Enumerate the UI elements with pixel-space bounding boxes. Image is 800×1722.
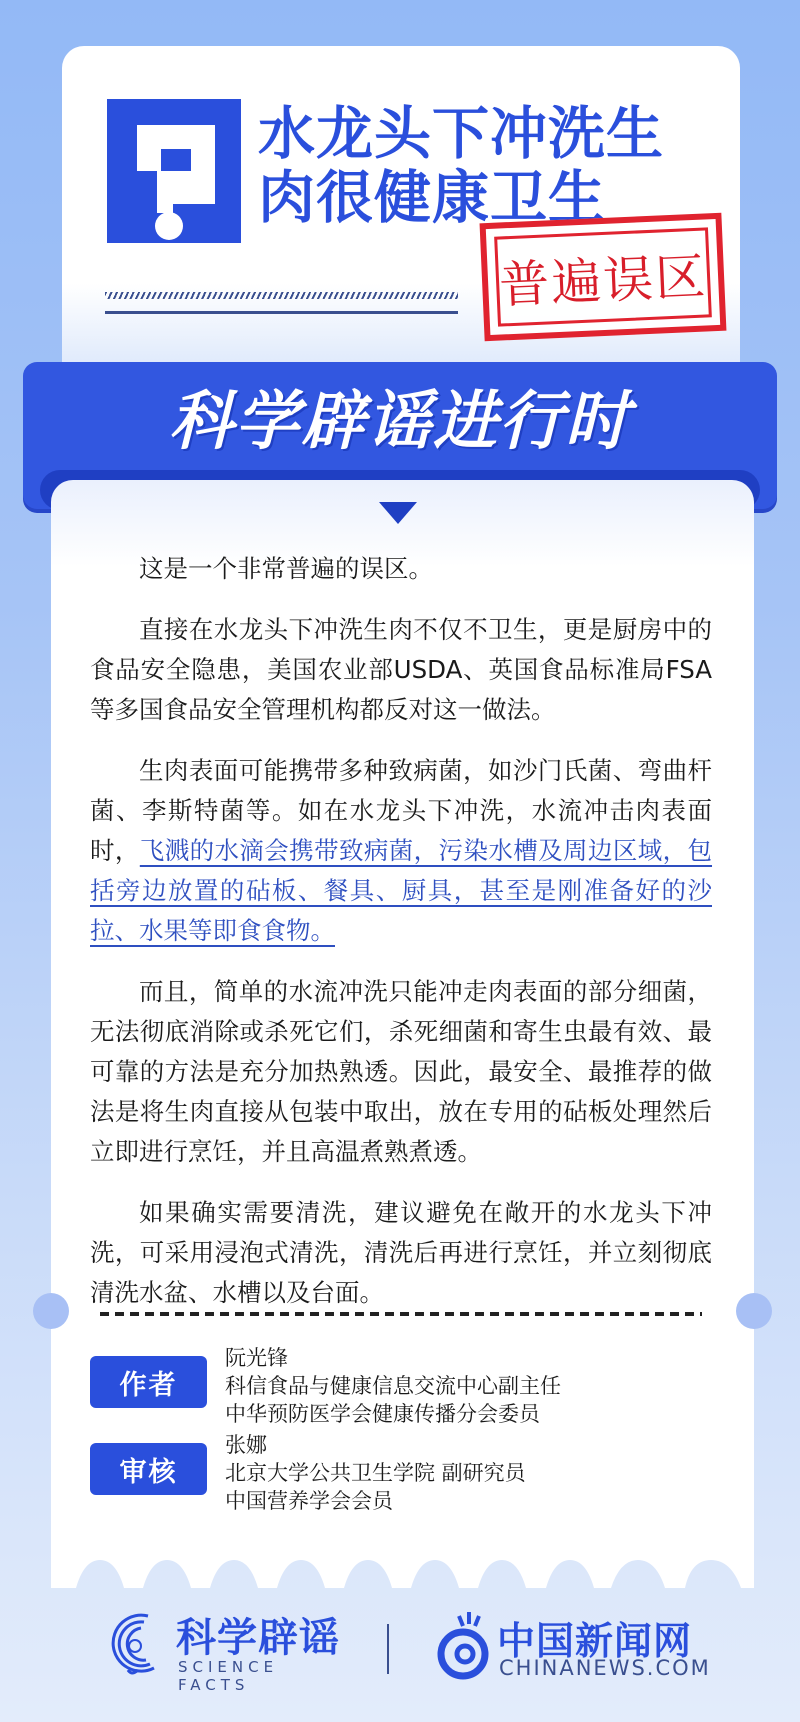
author-name: 阮光锋: [225, 1344, 561, 1372]
article-body: 这是一个非常普遍的误区。 直接在水龙头下冲洗生肉不仅不卫生，更是厨房中的食品安全…: [90, 549, 712, 1334]
misconception-stamp: 普遍误区: [480, 213, 727, 341]
triangle-pointer-icon: [379, 502, 417, 524]
reviewer-info: 张娜 北京大学公共卫生学院 副研究员 中国营养学会会员: [225, 1431, 526, 1515]
paragraph-1: 这是一个非常普遍的误区。: [90, 549, 712, 589]
banner-title: 科学辟谣进行时: [0, 382, 800, 462]
reviewer-badge: 审核: [90, 1443, 207, 1495]
science-facts-subtitle: SCIENCE FACTS: [178, 1658, 348, 1694]
reviewer-name: 张娜: [225, 1431, 526, 1459]
reviewer-title-2: 中国营养学会会员: [225, 1487, 526, 1515]
reviewer-title-1: 北京大学公共卫生学院 副研究员: [225, 1459, 526, 1487]
paragraph-4: 而且，简单的水流冲洗只能冲走肉表面的部分细菌，无法彻底消除或杀死它们，杀死细菌和…: [90, 972, 712, 1172]
science-facts-logo: 科学辟谣 SCIENCE FACTS: [108, 1600, 348, 1680]
paragraph-3: 生肉表面可能携带多种致病菌，如沙门氏菌、弯曲杆菌、李斯特菌等。如在水龙头下冲洗，…: [90, 751, 712, 951]
at-sign-icon: [435, 1610, 495, 1680]
paragraph-5: 如果确实需要清洗，建议避免在敞开的水龙头下冲洗，可采用浸泡式清洗，清洗后再进行烹…: [90, 1193, 712, 1313]
author-title-1: 科信食品与健康信息交流中心副主任: [225, 1372, 561, 1400]
author-info: 阮光锋 科信食品与健康信息交流中心副主任 中华预防医学会健康传播分会委员: [225, 1344, 561, 1428]
highlighted-text: 飞溅的水滴会携带致病菌，污染水槽及周边区域，包括旁边放置的砧板、餐具、厨具，甚至…: [90, 836, 712, 945]
author-badge: 作者: [90, 1356, 207, 1408]
headline-line-1: 水龙头下冲洗生: [258, 102, 718, 166]
paragraph-2: 直接在水龙头下冲洗生肉不仅不卫生，更是厨房中的食品安全隐患，美国农业部USDA、…: [90, 610, 712, 730]
stamp-label: 普遍误区: [494, 227, 712, 326]
logo-divider: [387, 1624, 389, 1674]
chinanews-logo: 中国新闻网 CHINANEWS.COM: [435, 1600, 715, 1680]
ticket-notch-left: [33, 1293, 69, 1329]
headline: 水龙头下冲洗生 肉很健康卫生: [258, 102, 718, 230]
ticket-notch-right: [736, 1293, 772, 1329]
science-facts-emblem-icon: [108, 1610, 168, 1676]
question-mark-icon: [107, 99, 241, 243]
scalloped-edge: [51, 1560, 754, 1590]
header-rule: [105, 311, 458, 314]
footer: 科学辟谣 SCIENCE FACTS 中国新闻网 CHINANEWS.COM: [0, 1600, 800, 1700]
science-facts-title: 科学辟谣: [176, 1606, 340, 1663]
dashed-divider: [100, 1312, 702, 1316]
author-title-2: 中华预防医学会健康传播分会委员: [225, 1400, 561, 1428]
chinanews-subtitle: CHINANEWS.COM: [499, 1656, 711, 1680]
hatched-divider: [105, 292, 458, 299]
